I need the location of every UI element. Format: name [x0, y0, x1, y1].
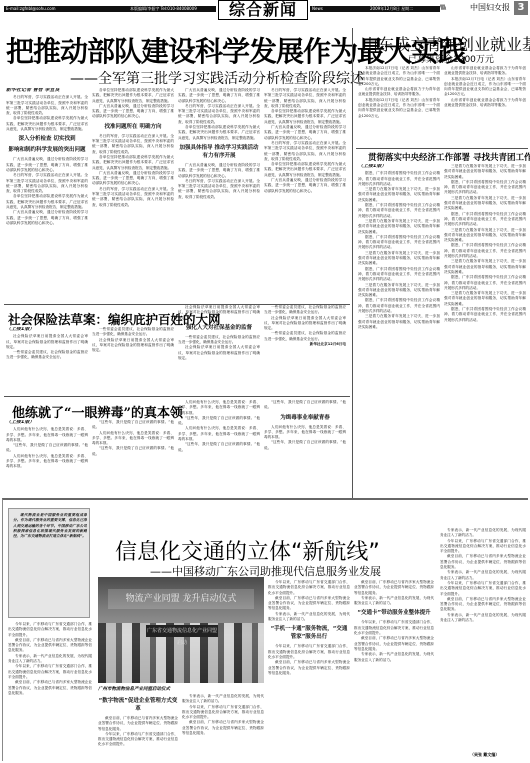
feature-column-6: 专家表示，新一代产业信息化的发展，为现代服务业注入了新的活力。 今年以来，广东移… — [440, 528, 526, 748]
right-mid-headline: 贯彻落实中央经济工作部署 寻找共青团工作切入点 — [368, 151, 530, 163]
social-signoff: 新华社北京12月6日电 — [264, 342, 346, 347]
lead-column-3: 广大官兵普遍反映，通过分析检查阶段的学习实践，进一步统一了思想，明确了方向，增强… — [178, 88, 260, 296]
discerning-headline: 他练就了“一眼辨毒”的真本领 — [12, 402, 183, 421]
lead-paragraph: 冬日的军营，学习实践活动正在深入开展。全军第三批学习实践活动各单位，按照中央和军… — [6, 173, 88, 194]
lead-subheadline: ——全军第三批学习实践活动分析检查阶段综述 — [70, 68, 364, 88]
lead-byline: 新华社记者 曹智 李宣良 — [6, 88, 88, 93]
newspaper-logo: 中国妇女报 — [470, 2, 510, 13]
social-column-1: （上接1版） 社会保险法草案日前提请全国人大常委会审议，草案对社会保险基金的管理… — [6, 327, 88, 382]
right-mid-column-1: （上接1版） 据悉，广东共青团将围绕中央经济工作会议精神，着力推动青年创业就业工… — [358, 164, 440, 496]
page-number: 3 — [514, 1, 528, 15]
feature-subhead: “交通卡”带动服务业整体提升 — [354, 609, 434, 617]
feature-subhead: “数字物流”促进企业管理方式变革 — [98, 697, 178, 713]
lead-paragraph: 广大官兵普遍反映，通过分析检查阶段的学习实践，进一步统一了思想，明确了方向，增强… — [6, 210, 88, 226]
discerning-subhead: 为缉毒事业奉献青春 — [264, 414, 346, 422]
right-mid-column-2: 三是着力在服务青年发展上下功夫，进一步加强对青年就业创业的指导和服务，切实帮助青… — [444, 164, 526, 496]
section-divider — [4, 396, 350, 397]
social-subhead: 强化人大对社保基金的监督 — [178, 324, 260, 332]
discerning-column-3: 人们问他有什么诀窍，他总是笑着说：多看、多学、多想。多年来，他在缉毒一线练就了一… — [178, 400, 260, 492]
right-top-column-1: 本报济南12月7日电（记者 刘杰）山东省青年创业就业基金会近日成立，作为山东省唯… — [358, 66, 440, 146]
social-column-2: 一些常委会委员建议，社会保险基金的监督应当进一步强化，确保基金安全运行。 社会保… — [92, 327, 174, 382]
lead-column-4: 冬日的军营，学习实践活动正在深入开展。全军第三批学习实践活动各单位，按照中央和军… — [264, 88, 346, 296]
feature-intro-text: 现代物流业是中国服务业的重要组成部分。作为现代服务业的重要支撑，信息化已深入到交… — [13, 513, 87, 615]
lead-paragraph: 各单位坚持把推动部队建设科学发展作为最大实践，把解决突出问题作为根本要求，广泛征… — [6, 194, 88, 210]
lead-paragraph: 冬日的军营，学习实践活动正在深入开展。全军第三批学习实践活动各单位，按照中央和军… — [6, 95, 88, 116]
feature-column-2: “数字物流”促进企业管理方式变革 截至目前，广东移动已与省内多家大型物流企业签署… — [98, 694, 178, 760]
section-title: 综合新闻 — [218, 0, 308, 20]
discerning-column-1: （上接1版） 人们问他有什么诀窍，他总是笑着说：多看、多学、多想。多年来，他在缉… — [6, 420, 88, 492]
lead-column-2: 各单位坚持把推动部队建设科学发展作为最大实践，把解决突出问题作为根本要求，广泛征… — [92, 88, 174, 296]
social-column-3: 社会保险法草案日前提请全国人大常委会审议，草案对社会保险基金的管理和监督作出了明… — [178, 305, 260, 382]
feature-endnote: （吴张 戴文编） — [470, 752, 499, 758]
lead-paragraph: 各单位坚持把推动部队建设科学发展作为最大实践，把解决突出问题作为根本要求，广泛征… — [6, 116, 88, 132]
feature-headline: 信息化交通的立体“新航线” — [115, 535, 380, 566]
feature-column-1: 今年以来，广东移动与广东省交通部门合作，推出交通物流信息化综合解决方案，推动行业… — [8, 622, 92, 760]
photo-board: 广东省交通物流信息化产业同盟启动 — [146, 625, 218, 637]
section-divider — [356, 148, 528, 149]
lead-column-1: 新华社记者 曹智 李宣良 冬日的军营，学习实践活动正在深入开展。全军第三批学习实… — [6, 88, 88, 296]
right-top-column-2: 山东省青年创业就业基金会将致力于为青年创业就业提供资金扶持、培训指导等服务。 本… — [444, 66, 526, 146]
feature-intro-box: 现代物流业是中国服务业的重要组成部分。作为现代服务业的重要支撑，信息化已深入到交… — [8, 508, 90, 618]
feature-column-4: 今年以来，广东移动与广东省交通部门合作，推出交通物流信息化综合解决方案，推动行业… — [268, 580, 350, 760]
lead-paragraph: 广大官兵普遍反映，通过分析检查阶段的学习实践，进一步统一了思想，明确了方向，增强… — [6, 157, 88, 173]
feature-photo: 物流产业同盟 龙升启动仪式 广东省交通物流信息化产业同盟启动 — [98, 577, 264, 683]
masthead-editor: 本版编辑/李振宇 Tel:010-84008009 — [130, 5, 197, 13]
lead-subhead: 深入分析检查 切实找到 — [6, 135, 88, 143]
photo-caption: 广州市物流物信息产业同盟启动仪式 — [98, 686, 170, 692]
column-divider — [352, 28, 353, 498]
discerning-column-2: “这些年，我只是做了自己应该做的事情。”他说。 人们问他有什么诀窍，他总是笑着说… — [92, 420, 174, 492]
feature-column-5: 截至目前，广东移动已与省内多家大型物流企业签署合作协议，为企业提供车辆定位、货物… — [354, 580, 434, 760]
discerning-column-4: “这些年，我只是做了自己应该做的事情。”他说。 为缉毒事业奉献青春 人们问他有什… — [264, 400, 346, 492]
masthead-email: E-mail:zgfnbl@sohu.com — [6, 5, 56, 13]
lead-subhead: 影响和制约科学发展的突出问题 — [6, 146, 88, 154]
lead-subhead: 加强具体指导 推动学习实践活动有力有序开展 — [178, 144, 260, 160]
social-column-4: 一些常委会委员建议，社会保险基金的监督应当进一步强化，确保基金安全运行。 社会保… — [264, 305, 346, 385]
feature-column-3: 专家表示，新一代产业信息化的发展，为现代服务业注入了新的活力。 今年以来，广东移… — [182, 694, 264, 760]
hatch-decoration: \\\\\ — [440, 4, 445, 11]
right-top-subheadline: 已募集资金1200万元 — [408, 52, 494, 65]
masthead-date: 2009年12月8日 星期二 — [370, 5, 413, 13]
feature-subhead: “手机一卡通”服务物流，“交通管家”服务出行 — [268, 625, 350, 641]
lead-subhead: 找准问题所在 明确方向 — [92, 123, 174, 131]
masthead-section-en: News — [312, 5, 323, 13]
photo-banner: 物流产业同盟 龙升启动仪式 — [108, 589, 254, 609]
